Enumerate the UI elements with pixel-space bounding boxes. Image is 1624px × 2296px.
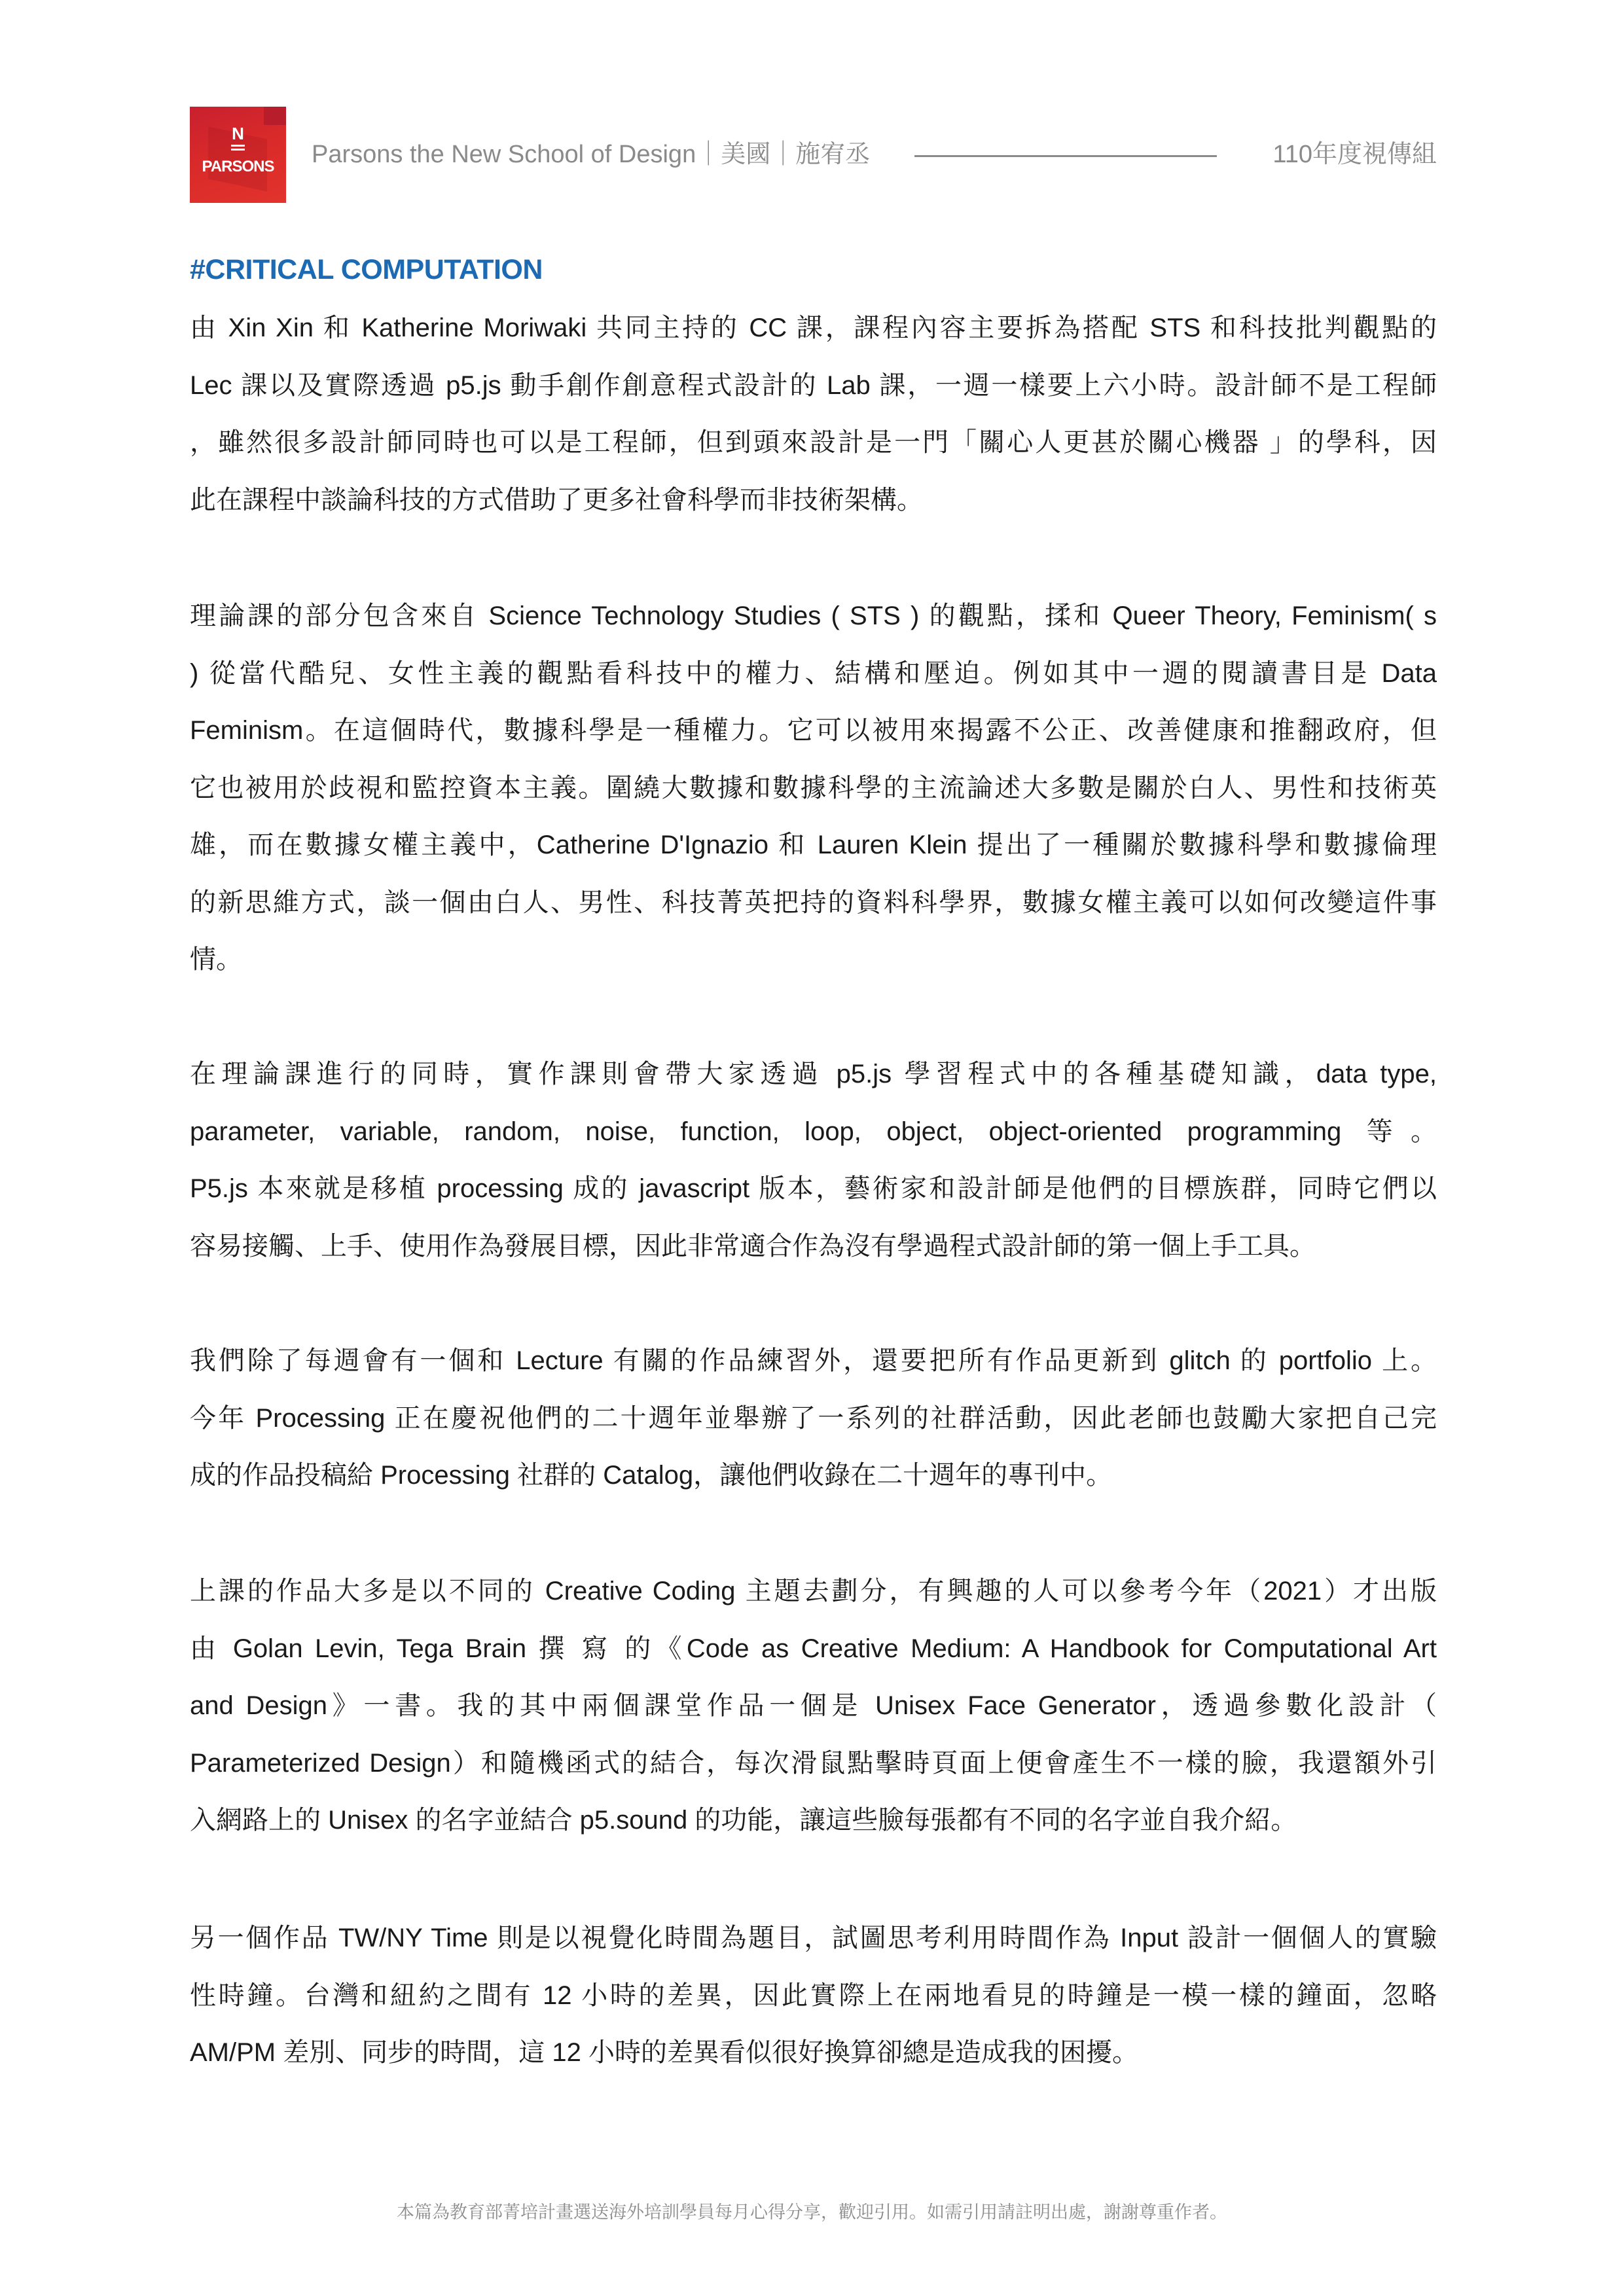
school-country-author: Parsons the New School of Design｜美國｜施宥丞 [312,138,870,171]
paragraph-line: ) 從當代酷兒、女性主義的觀點看科技中的權力、結構和壓迫。例如其中一週的閱讀書目… [190,656,1437,691]
paragraph-line: 由 Golan Levin, Tega Brain 撰 寫 的《Code as … [190,1632,1437,1666]
paragraph-line: 容易接觸、上手、使用作為發展目標，因此非常適合作為沒有學過程式設計師的第一個上手… [190,1229,1437,1263]
paragraph-line: AM/PM 差別、同步的時間，這 12 小時的差異看似很好換算卻總是造成我的困擾… [190,2036,1437,2070]
paragraph-line: parameter, variable, random, noise, func… [190,1115,1437,1149]
paragraph-line: 情。 [190,942,1437,977]
logo-n-mark: N [190,125,286,142]
logo-n-underline [231,145,245,147]
paragraph-line: ，雖然很多設計師同時也可以是工程師，但到頭來設計是一門「關心人更甚於關心機器 」… [190,425,1437,459]
page-header: N PARSONS Parsons the New School of Desi… [190,107,1437,203]
paragraph-line: P5.js 本來就是移植 processing 成的 javascript 版本… [190,1172,1437,1206]
paragraph-line: Lec 課以及實際透過 p5.js 動手創作創意程式設計的 Lab 課，一週一樣… [190,368,1437,403]
paragraph-line: 另一個作品 TW/NY Time 則是以視覺化時間為題目，試圖思考利用時間作為 … [190,1921,1437,1955]
parsons-logo: N PARSONS [190,107,286,203]
cohort-label: 110年度視傳組 [1272,138,1437,171]
footer-notice: 本篇為教育部菁培計畫選送海外培訓學員每月心得分享，歡迎引用。如需引用請註明出處，… [0,2198,1624,2223]
paragraph-line: 我們除了每週會有一個和 Lecture 有關的作品練習外，還要把所有作品更新到 … [190,1344,1437,1378]
paragraph-line: 它也被用於歧視和監控資本主義。圍繞大數據和數據科學的主流論述大多數是關於白人、男… [190,771,1437,805]
paragraph-line: 性時鐘。台灣和紐約之間有 12 小時的差異，因此實際上在兩地看見的時鐘是一模一樣… [190,1979,1437,2013]
logo-n-underline [231,149,245,151]
paragraph-line: 此在課程中談論科技的方式借助了更多社會科學而非技術架構。 [190,483,1437,517]
header-divider [914,155,1217,157]
paragraph-line: 上課的作品大多是以不同的 Creative Coding 主題去劃分，有興趣的人… [190,1574,1437,1608]
paragraph-line: 由 Xin Xin 和 Katherine Moriwaki 共同主持的 CC … [190,311,1437,345]
logo-wordmark: PARSONS [190,158,286,176]
paragraph-line: 入網路上的 Unisex 的名字並結合 p5.sound 的功能，讓這些臉每張都… [190,1803,1437,1837]
logo-facet [264,107,286,125]
paragraph-line: Feminism。在這個時代，數據科學是一種權力。它可以被用來揭露不公正、改善健… [190,713,1437,747]
paragraph-line: Parameterized Design）和隨機函式的結合，每次滑鼠點擊時頁面上… [190,1746,1437,1780]
paragraph-line: and Design》一書。我的其中兩個課堂作品一個是 Unisex Face … [190,1689,1437,1723]
paragraph-line: 今年 Processing 正在慶祝他們的二十週年並舉辦了一系列的社群活動，因此… [190,1401,1437,1435]
section-title: #CRITICAL COMPUTATION [190,254,543,286]
paragraph-line: 雄，而在數據女權主義中，Catherine D'Ignazio 和 Lauren… [190,828,1437,862]
paragraph-line: 成的作品投稿給 Processing 社群的 Catalog，讓他們收錄在二十週… [190,1458,1437,1492]
paragraph-line: 的新思維方式，談一個由白人、男性、科技菁英把持的資料科學界，數據女權主義可以如何… [190,886,1437,920]
paragraph-line: 在理論課進行的同時，實作課則會帶大家透過 p5.js 學習程式中的各種基礎知識，… [190,1057,1437,1091]
paragraph-line: 理論課的部分包含來自 Science Technology Studies ( … [190,599,1437,633]
